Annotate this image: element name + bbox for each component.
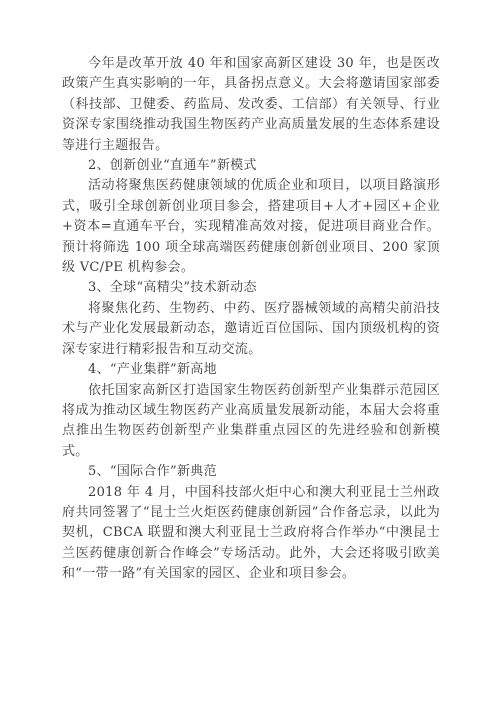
paragraph-section-5: 2018 年 4 月，中国科技部火炬中心和澳大利亚昆士兰州政府共同签署了“昆士兰… <box>62 483 440 585</box>
paragraph-section-3: 将聚焦化药、生物药、中药、医疗器械领域的高精尖前沿技术与产业化发展最新动态，邀请… <box>62 299 440 360</box>
section-heading-4: 4、“产业集群”新高地 <box>62 360 440 380</box>
document-page: 今年是改革开放 40 年和国家高新区建设 30 年，也是医改政策产生真实影响的一… <box>62 54 440 585</box>
section-heading-2: 2、创新创业“直通车”新模式 <box>62 156 440 176</box>
paragraph-intro: 今年是改革开放 40 年和国家高新区建设 30 年，也是医改政策产生真实影响的一… <box>62 54 440 156</box>
section-heading-3: 3、全球“高精尖”技术新动态 <box>62 278 440 298</box>
section-heading-5: 5、“国际合作”新典范 <box>62 462 440 482</box>
paragraph-section-2: 活动将聚焦医药健康领域的优质企业和项目，以项目路演形式，吸引全球创新创业项目参会… <box>62 176 440 278</box>
paragraph-section-4: 依托国家高新区打造国家生物医药创新型产业集群示范园区将成为推动区域生物医药产业高… <box>62 381 440 463</box>
